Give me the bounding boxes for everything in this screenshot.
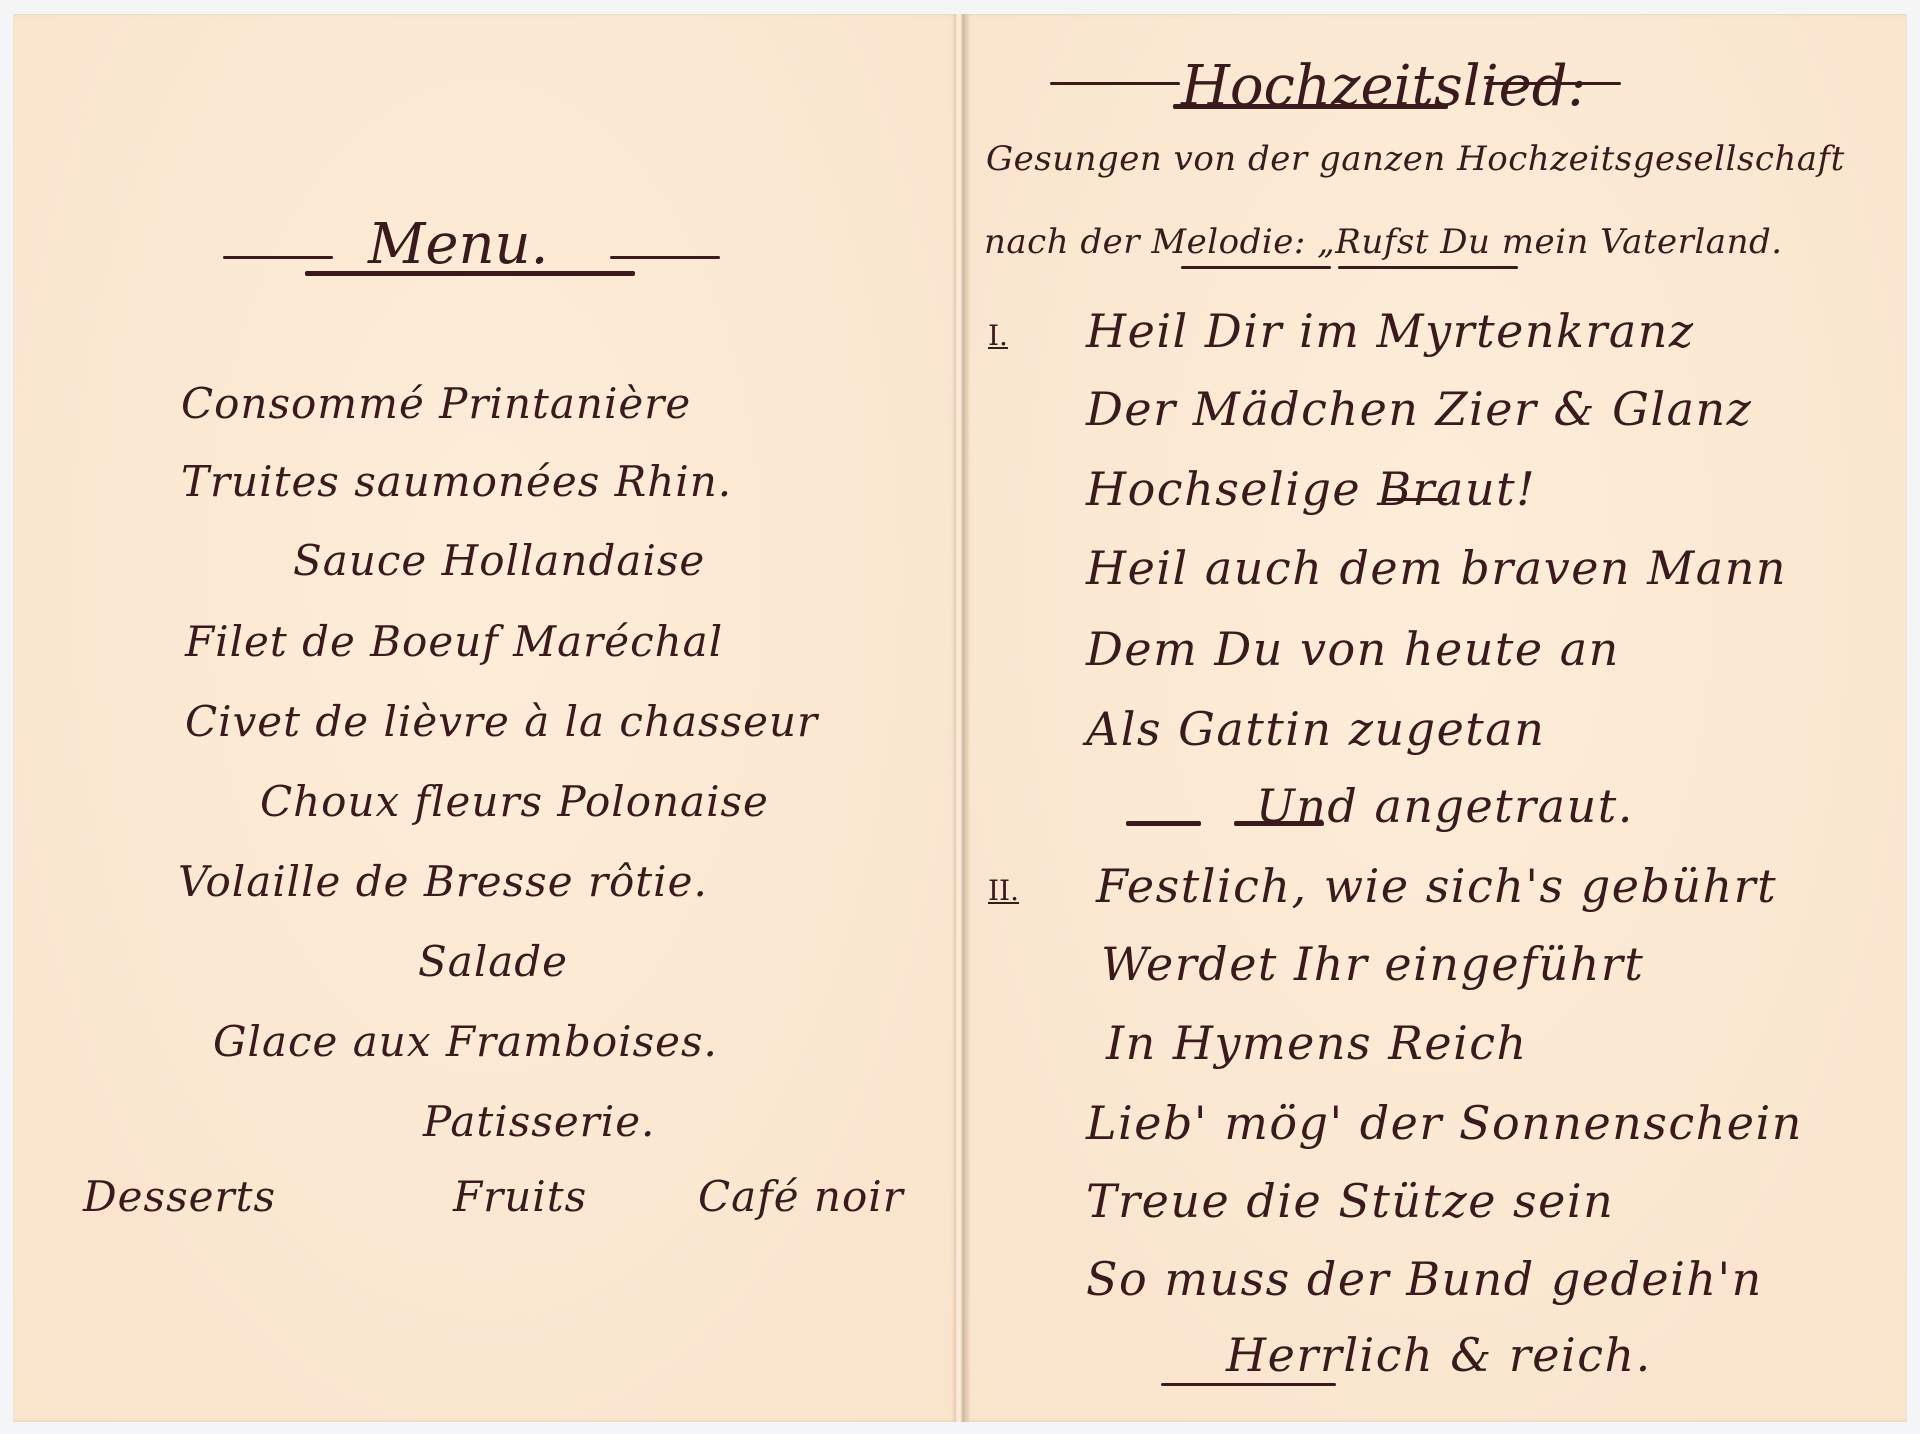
menu-item: Patisserie. bbox=[423, 1097, 655, 1146]
verse-line: Dem Du von heute an bbox=[1086, 622, 1620, 676]
verse-line: Herrlich & reich. bbox=[1226, 1328, 1652, 1382]
menu-item: Sauce Hollandaise bbox=[293, 536, 705, 585]
song-subtitle-1: Gesungen von der ganzen Hochzeitsgesells… bbox=[986, 139, 1845, 179]
verse-line: Festlich, wie sich's gebührt bbox=[1096, 859, 1777, 913]
line-dash bbox=[1382, 498, 1447, 501]
verse-line: Hochselige Braut! bbox=[1086, 462, 1536, 516]
menu-footer-cafe: Café noir bbox=[698, 1172, 904, 1221]
menu-footer-fruits: Fruits bbox=[453, 1172, 587, 1221]
verse-line: In Hymens Reich bbox=[1106, 1016, 1528, 1070]
song-page: Hochzeitslied: Gesungen von der ganzen H… bbox=[966, 14, 1907, 1422]
verse-number: I. bbox=[988, 319, 1008, 352]
menu-item: Filet de Boeuf Maréchal bbox=[185, 617, 723, 666]
menu-page: Menu. Consommé Printanière Truites saumo… bbox=[13, 14, 956, 1422]
menu-item: Consommé Printanière bbox=[181, 379, 691, 428]
refrain-underline-1 bbox=[1126, 821, 1201, 826]
song-title-underline bbox=[1173, 104, 1448, 109]
menu-item: Choux fleurs Polonaise bbox=[260, 777, 769, 826]
song-subtitle-2: nach der Melodie: „Rufst Du mein Vaterla… bbox=[984, 222, 1783, 262]
verse-line: Lieb' mög' der Sonnenschein bbox=[1086, 1096, 1803, 1150]
song-title: Hochzeitslied: bbox=[1181, 54, 1586, 119]
menu-item: Truites saumonées Rhin. bbox=[181, 457, 732, 506]
verse-line: Werdet Ihr eingeführt bbox=[1101, 937, 1644, 991]
title-underline bbox=[305, 271, 635, 276]
menu-footer-desserts: Desserts bbox=[83, 1172, 276, 1221]
verse-line: Heil Dir im Myrtenkranz bbox=[1086, 304, 1695, 358]
menu-title: Menu. bbox=[368, 212, 548, 277]
melody-underline-1 bbox=[1181, 266, 1331, 269]
verse-line: Der Mädchen Zier & Glanz bbox=[1086, 382, 1752, 436]
verse-line: Treue die Stütze sein bbox=[1086, 1174, 1614, 1228]
song-title-rule-right bbox=[1486, 82, 1621, 85]
menu-item: Civet de lièvre à la chasseur bbox=[185, 697, 818, 746]
closing-rule bbox=[1161, 1383, 1336, 1386]
verse-line: Als Gattin zugetan bbox=[1086, 702, 1545, 756]
song-title-rule-left bbox=[1050, 82, 1180, 85]
refrain-underline-2 bbox=[1234, 821, 1324, 826]
title-rule-right bbox=[610, 256, 720, 259]
menu-item: Volaille de Bresse rôtie. bbox=[178, 857, 708, 906]
menu-item: Glace aux Framboises. bbox=[213, 1017, 718, 1066]
title-rule-left bbox=[223, 256, 333, 259]
center-fold bbox=[956, 14, 966, 1422]
verse-number: II. bbox=[988, 874, 1019, 907]
melody-underline-2 bbox=[1338, 266, 1518, 269]
folded-card: Menu. Consommé Printanière Truites saumo… bbox=[13, 14, 1907, 1422]
menu-item: Salade bbox=[418, 937, 568, 986]
verse-line: So muss der Bund gedeih'n bbox=[1086, 1252, 1763, 1306]
verse-line: Heil auch dem braven Mann bbox=[1086, 541, 1787, 595]
